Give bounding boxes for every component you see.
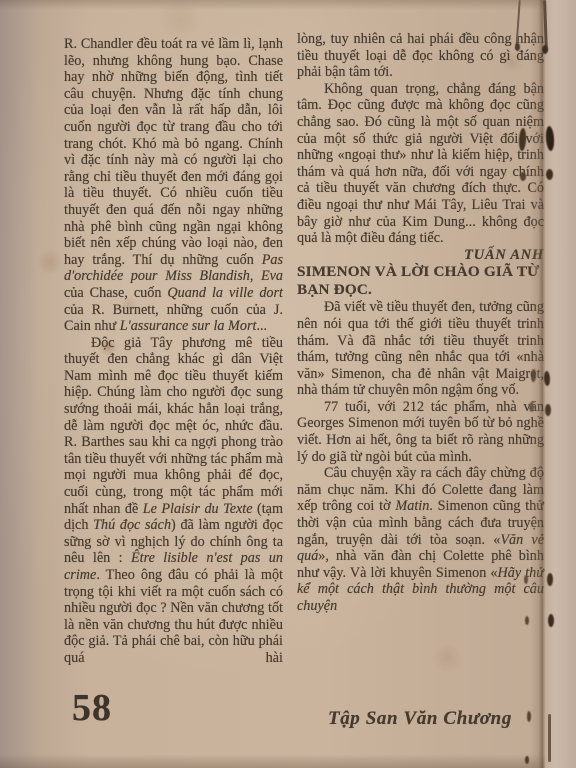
paragraph: Độc giả Tây phương mê tiều thuyết đen ch… (64, 335, 283, 667)
paragraph: R. Chandler đều toát ra vẻ lầm lì, lạnh … (64, 36, 283, 335)
text-run: Độc giả Tây phương mê tiều thuyết đen ch… (64, 335, 283, 517)
binding-gutter (530, 0, 576, 768)
stitch-hole (527, 711, 531, 722)
text-run: Không quan trọng, chẳng đáng bận tâm. Đọ… (297, 81, 544, 246)
journal-footer: Tập San Văn Chương (328, 708, 512, 730)
stitch-hole (529, 402, 534, 412)
page-number: 58 (72, 686, 112, 730)
text-run: , (250, 268, 261, 284)
italic-text: Le Plaisir du Texte (143, 501, 253, 517)
article-heading: SIMENON VÀ LỜI CHÀO GIÃ TỪ BẠN ĐỌC. (297, 263, 544, 299)
stitch-hole (545, 404, 551, 416)
stitch-hole (548, 614, 554, 627)
text-run: lòng, tuy nhiên cả hai phái đều công nhậ… (297, 31, 544, 80)
text-column-left: R. Chandler đều toát ra vẻ lầm lì, lạnh … (64, 36, 283, 667)
stitch-hole (547, 573, 553, 586)
italic-text: Eva (261, 268, 283, 284)
italic-text: L'assurance sur la Mort (120, 318, 257, 334)
paragraph: 77 tuổi, với 212 tác phẩm, nhà văn Georg… (297, 399, 544, 465)
paragraph: lòng, tuy nhiên cả hai phái đều công nhậ… (297, 31, 544, 81)
stitch-hole (515, 43, 520, 51)
italic-text: Thú đọc sách (93, 517, 171, 533)
paragraph: Đã viết về tiều thuyết đen, tưởng cũng n… (297, 299, 544, 399)
text-run: R. Chandler đều toát ra vẻ lầm lì, lạnh … (64, 36, 283, 268)
stitch-hole (525, 616, 529, 625)
italic-text: Matin (395, 498, 429, 514)
stitch-hole (525, 756, 529, 764)
stitch-hole (520, 172, 526, 181)
stitch-hole (546, 169, 553, 180)
stitch-hole (524, 575, 528, 584)
stitch-hole (542, 45, 548, 54)
text-run: SIMENON VÀ LỜI CHÀO GIÃ TỪ BẠN ĐỌC. (297, 263, 539, 298)
scanned-book-page: R. Chandler đều toát ra vẻ lầm lì, lạnh … (0, 0, 576, 768)
italic-text: Quand la ville dort (167, 285, 283, 301)
text-run: Đã viết về tiều thuyết đen, tưởng cũng n… (297, 299, 544, 398)
text-run: 77 tuổi, với 212 tác phẩm, nhà văn Georg… (297, 399, 544, 465)
author-byline: TUẤN ANH (297, 247, 544, 264)
paragraph: Câu chuyện xầy ra cách đây chừng độ năm … (297, 465, 544, 614)
paragraph: Không quan trọng, chẳng đáng bận tâm. Đọ… (297, 81, 544, 247)
text-run: . Theo ông đâu có phải là một trọng tội … (64, 567, 283, 666)
text-run: ... (256, 318, 267, 334)
binding-thread (548, 714, 551, 762)
text-column-right: lòng, tuy nhiên cả hai phái đều công nhậ… (297, 31, 544, 615)
text-run: của Chase, cuốn (64, 285, 167, 301)
